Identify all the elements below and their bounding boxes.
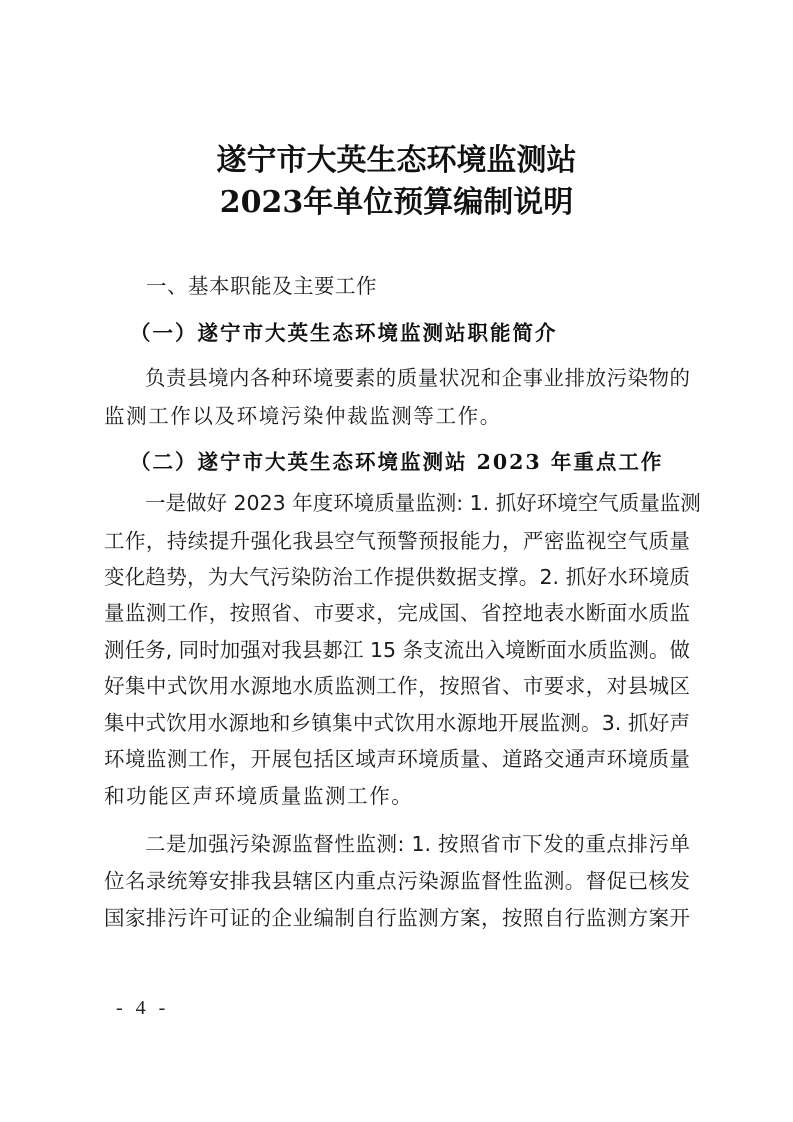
paragraph-line: 好集中式饮用水源地水质监测工作，按照省、市要求，对县城区 bbox=[104, 673, 690, 699]
subsection-heading-key-work-2023: （二）遂宁市大英生态环境监测站 2023 年重点工作 bbox=[130, 449, 663, 475]
paragraph-line: 工作，持续提升强化我县空气预警预报能力，严密监视空气质量 bbox=[104, 528, 690, 554]
title-line-1: 遂宁市大英生态环境监测站 bbox=[0, 140, 793, 182]
paragraph-line: 负责县境内各种环境要素的质量状况和企事业排放污染物的 bbox=[104, 365, 690, 391]
paragraph-line: 变化趋势，为大气污染防治工作提供数据支撑。2. 抓好水环境质 bbox=[104, 564, 690, 590]
paragraph-line: 和功能区声环境质量监测工作。 bbox=[104, 783, 690, 809]
document-title: 遂宁市大英生态环境监测站 2023年单位预算编制说明 bbox=[0, 140, 793, 224]
paragraph-line: 一是做好 2023 年度环境质量监测: 1. 抓好环境空气质量监测 bbox=[104, 490, 690, 516]
page-number: - 4 - bbox=[116, 995, 169, 1021]
paragraph-line: 量监测工作，按照省、市要求，完成国、省控地表水断面水质监 bbox=[104, 600, 690, 626]
paragraph-line: 测任务, 同时加强对我县郪江 15 条支流出入境断面水质监测。做 bbox=[104, 637, 690, 663]
paragraph-line: 国家排污许可证的企业编制自行监测方案，按照自行监测方案开 bbox=[104, 905, 690, 931]
paragraph-line: 二是加强污染源监督性监测: 1. 按照省市下发的重点排污单 bbox=[104, 831, 690, 857]
paragraph-line: 集中式饮用水源地和乡镇集中式饮用水源地开展监测。3. 抓好声 bbox=[104, 710, 690, 736]
paragraph-line: 环境监测工作，开展包括区域声环境质量、道路交通声环境质量 bbox=[104, 746, 690, 772]
paragraph-line: 监测工作以及环境污染仲裁监测等工作。 bbox=[104, 403, 690, 429]
section-heading-basic-functions: 一、基本职能及主要工作 bbox=[146, 273, 377, 299]
document-page: 遂宁市大英生态环境监测站 2023年单位预算编制说明 一、基本职能及主要工作 （… bbox=[0, 0, 793, 1122]
subsection-heading-function-intro: （一）遂宁市大英生态环境监测站职能简介 bbox=[130, 320, 558, 346]
paragraph-line: 位名录统筹安排我县辖区内重点污染源监督性监测。督促已核发 bbox=[104, 868, 690, 894]
title-line-2: 2023年单位预算编制说明 bbox=[0, 182, 793, 224]
